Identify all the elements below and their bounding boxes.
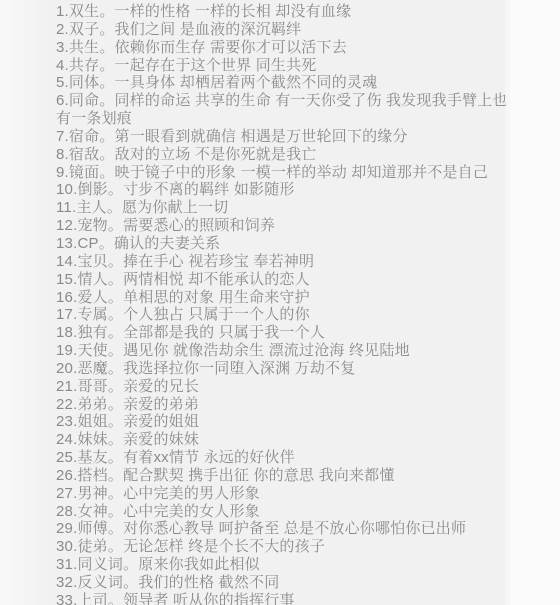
list-item: 7.宿命。第一眼看到就确信 相遇是万世轮回下的缘分 [56, 128, 508, 146]
item-term: 女神 [77, 503, 107, 520]
item-term: 反义词 [77, 574, 123, 591]
list-item: 8.宿敌。敌对的立场 不是你死就是我亡 [56, 146, 508, 164]
item-definition: 领导者 听从你的指挥行事 [123, 592, 295, 605]
item-term: 双子 [69, 21, 99, 38]
list-item: 29.师傅。对你悉心教导 呵护备至 总是不放心你哪怕你已出师 [56, 520, 508, 538]
item-definition: 我们的性格 截然不同 [138, 574, 279, 591]
item-term: 上司 [77, 592, 107, 605]
item-term: 姐姐 [77, 413, 107, 430]
list-item: 28.女神。心中完美的女人形象 [56, 503, 508, 521]
item-separator: 。 [108, 431, 123, 448]
item-definition: 个人独占 只属于一个人的你 [123, 306, 310, 323]
item-separator: 。 [99, 146, 114, 163]
term-list: 1.双生。一样的性格 一样的长相 却没有血缘2.双子。我们之间 是血液的深沉羁绊… [56, 3, 508, 605]
item-separator: 。 [108, 324, 123, 341]
item-separator: 。 [108, 271, 123, 288]
item-term: 共存 [69, 57, 99, 74]
item-definition: 一起存在于这个世界 同生共死 [115, 57, 317, 74]
list-item: 11.主人。愿为你献上一切 [56, 199, 508, 217]
list-item: 4.共存。一起存在于这个世界 同生共死 [56, 57, 508, 75]
item-term: 同命 [69, 92, 99, 109]
list-item: 15.情人。两情相悦 却不能承认的恋人 [56, 271, 508, 289]
list-item: 25.基友。有着xx情节 永远的好伙伴 [56, 449, 508, 467]
list-item: 3.共生。依赖你而生存 需要你才可以活下去 [56, 39, 508, 57]
item-number: 18. [56, 324, 77, 341]
item-separator: 。 [108, 520, 123, 537]
item-number: 14. [56, 253, 77, 270]
item-term: 基友 [77, 449, 107, 466]
item-number: 25. [56, 449, 77, 466]
item-number: 2. [56, 21, 69, 38]
item-term: 宿命 [69, 128, 99, 145]
item-separator: 。 [108, 449, 123, 466]
item-definition: 需要悉心的照顾和饲养 [123, 217, 275, 234]
item-number: 23. [56, 413, 77, 430]
item-term: 妹妹 [77, 431, 107, 448]
item-number: 7. [56, 128, 69, 145]
list-item: 16.爱人。单相思的对象 用生命来守护 [56, 289, 508, 307]
item-term: 宿敌 [69, 146, 99, 163]
item-number: 24. [56, 431, 77, 448]
list-item: 2.双子。我们之间 是血液的深沉羁绊 [56, 21, 508, 39]
item-number: 20. [56, 360, 77, 377]
item-definition: 依赖你而生存 需要你才可以活下去 [115, 39, 347, 56]
item-definition: 捧在手心 视若珍宝 奉若神明 [123, 253, 314, 270]
item-term: 同体 [69, 74, 99, 91]
item-separator: 。 [107, 199, 122, 216]
item-term: 爱人 [77, 289, 107, 306]
item-term: 宝贝 [77, 253, 107, 270]
item-term: 徒弟 [77, 538, 107, 555]
item-definition: 原来你我如此相似 [138, 556, 260, 573]
item-definition: 全部都是我的 只属于我一个人 [123, 324, 325, 341]
item-definition: 单相思的对象 用生命来守护 [123, 289, 310, 306]
item-number: 13. [56, 235, 77, 252]
item-definition: 亲爱的兄长 [123, 378, 199, 395]
item-number: 19. [56, 342, 77, 359]
item-number: 6. [56, 92, 69, 109]
item-term: 弟弟 [77, 396, 107, 413]
item-separator: 。 [123, 574, 138, 591]
item-definition: 亲爱的弟弟 [123, 396, 199, 413]
item-number: 10. [56, 181, 77, 198]
item-separator: 。 [99, 39, 114, 56]
item-number: 28. [56, 503, 77, 520]
list-item: 27.男神。心中完美的男人形象 [56, 485, 508, 503]
item-separator: 。 [108, 485, 123, 502]
item-term: 天使 [77, 342, 107, 359]
list-item: 12.宠物。需要悉心的照顾和饲养 [56, 217, 508, 235]
list-item: 32.反义词。我们的性格 截然不同 [56, 574, 508, 592]
item-number: 26. [56, 467, 77, 484]
item-definition: 亲爱的妹妹 [123, 431, 199, 448]
list-item: 26.搭档。配合默契 携手出征 你的意思 我向来都懂 [56, 467, 508, 485]
list-item: 5.同体。一具身体 却栖居着两个截然不同的灵魂 [56, 74, 508, 92]
item-definition: 映于镜子中的形象 一模一样的举动 却知道那并不是自己 [115, 164, 489, 181]
item-separator: 。 [108, 538, 123, 555]
item-definition: 我们之间 是血液的深沉羁绊 [115, 21, 302, 38]
item-definition: 一样的性格 一样的长相 却没有血缘 [115, 3, 352, 20]
item-number: 1. [56, 3, 69, 20]
item-term: 恶魔 [77, 360, 107, 377]
item-number: 22. [56, 396, 77, 413]
item-definition: 无论怎样 终是个长不大的孩子 [123, 538, 325, 555]
item-number: 17. [56, 306, 77, 323]
item-number: 16. [56, 289, 77, 306]
list-item: 13.CP。确认的夫妻关系 [56, 235, 508, 253]
item-definition: 敌对的立场 不是你死就是我亡 [115, 146, 317, 163]
item-definition: 第一眼看到就确信 相遇是万世轮回下的缘分 [115, 128, 408, 145]
list-item: 23.姐姐。亲爱的姐姐 [56, 413, 508, 431]
item-term: 男神 [77, 485, 107, 502]
item-definition: 心中完美的女人形象 [123, 503, 260, 520]
item-term: 独有 [77, 324, 107, 341]
item-definition: 一具身体 却栖居着两个截然不同的灵魂 [115, 74, 378, 91]
item-number: 5. [56, 74, 69, 91]
item-definition: 两情相悦 却不能承认的恋人 [123, 271, 310, 288]
item-separator: 。 [108, 181, 123, 198]
item-separator: 。 [108, 253, 123, 270]
item-term: 师傅 [77, 520, 107, 537]
list-item: 21.哥哥。亲爱的兄长 [56, 378, 508, 396]
list-item: 1.双生。一样的性格 一样的长相 却没有血缘 [56, 3, 508, 21]
item-number: 9. [56, 164, 69, 181]
list-item: 10.倒影。寸步不离的羁绊 如影随形 [56, 181, 508, 199]
item-number: 30. [56, 538, 77, 555]
item-number: 21. [56, 378, 77, 395]
list-item: 31.同义词。原来你我如此相似 [56, 556, 508, 574]
item-definition: 配合默契 携手出征 你的意思 我向来都懂 [123, 467, 395, 484]
list-item: 14.宝贝。捧在手心 视若珍宝 奉若神明 [56, 253, 508, 271]
item-term: 双生 [69, 3, 99, 20]
item-separator: 。 [99, 92, 114, 109]
item-term: CP [77, 235, 98, 252]
item-term: 共生 [69, 39, 99, 56]
item-separator: 。 [108, 592, 123, 605]
item-separator: 。 [108, 503, 123, 520]
item-separator: 。 [108, 467, 123, 484]
item-definition: 愿为你献上一切 [122, 199, 228, 216]
item-number: 31. [56, 556, 77, 573]
item-separator: 。 [99, 235, 114, 252]
item-separator: 。 [108, 378, 123, 395]
item-definition: 遇见你 就像浩劫余生 漂流过沧海 终见陆地 [123, 342, 410, 359]
item-separator: 。 [99, 21, 114, 38]
list-item: 17.专属。个人独占 只属于一个人的你 [56, 306, 508, 324]
item-term: 搭档 [77, 467, 107, 484]
item-term: 主人 [76, 199, 106, 216]
item-number: 33. [56, 592, 77, 605]
item-definition: 确认的夫妻关系 [114, 235, 220, 252]
item-separator: 。 [99, 164, 114, 181]
item-term: 情人 [77, 271, 107, 288]
item-separator: 。 [108, 217, 123, 234]
item-number: 32. [56, 574, 77, 591]
list-item: 22.弟弟。亲爱的弟弟 [56, 396, 508, 414]
item-separator: 。 [108, 306, 123, 323]
item-number: 3. [56, 39, 69, 56]
item-definition: 对你悉心教导 呵护备至 总是不放心你哪怕你已出师 [123, 520, 466, 537]
item-term: 同义词 [77, 556, 123, 573]
item-separator: 。 [108, 342, 123, 359]
item-definition: 亲爱的姐姐 [123, 413, 199, 430]
item-definition: 心中完美的男人形象 [123, 485, 260, 502]
item-number: 27. [56, 485, 77, 502]
item-definition: 寸步不离的羁绊 如影随形 [123, 181, 295, 198]
item-number: 12. [56, 217, 77, 234]
item-separator: 。 [123, 556, 138, 573]
item-separator: 。 [99, 57, 114, 74]
list-item: 33.上司。领导者 听从你的指挥行事 [56, 592, 508, 605]
item-separator: 。 [99, 3, 114, 20]
item-separator: 。 [108, 413, 123, 430]
item-term: 倒影 [77, 181, 107, 198]
item-term: 镜面 [69, 164, 99, 181]
list-item: 6.同命。同样的命运 共享的生命 有一天你受了伤 我发现我手臂上也有一条划痕 [56, 92, 508, 128]
item-term: 宠物 [77, 217, 107, 234]
item-number: 11. [56, 199, 76, 216]
item-number: 8. [56, 146, 69, 163]
list-item: 9.镜面。映于镜子中的形象 一模一样的举动 却知道那并不是自己 [56, 164, 508, 182]
item-term: 专属 [77, 306, 107, 323]
list-item: 20.恶魔。我选择拉你一同堕入深渊 万劫不复 [56, 360, 508, 378]
list-item: 24.妹妹。亲爱的妹妹 [56, 431, 508, 449]
item-separator: 。 [99, 74, 114, 91]
item-separator: 。 [99, 128, 114, 145]
item-number: 29. [56, 520, 77, 537]
list-item: 30.徒弟。无论怎样 终是个长不大的孩子 [56, 538, 508, 556]
item-number: 15. [56, 271, 77, 288]
item-definition: 我选择拉你一同堕入深渊 万劫不复 [123, 360, 355, 377]
item-number: 4. [56, 57, 69, 74]
item-definition: 同样的命运 共享的生命 有一天你受了伤 我发现我手臂上也有一条划痕 [56, 92, 508, 127]
item-definition: 有着xx情节 永远的好伙伴 [123, 449, 295, 466]
list-item: 18.独有。全部都是我的 只属于我一个人 [56, 324, 508, 342]
item-separator: 。 [108, 360, 123, 377]
item-separator: 。 [108, 396, 123, 413]
item-separator: 。 [108, 289, 123, 306]
term-list-page: 1.双生。一样的性格 一样的长相 却没有血缘2.双子。我们之间 是血液的深沉羁绊… [0, 0, 560, 605]
right-edge-strip [508, 0, 560, 605]
list-item: 19.天使。遇见你 就像浩劫余生 漂流过沧海 终见陆地 [56, 342, 508, 360]
item-term: 哥哥 [77, 378, 107, 395]
